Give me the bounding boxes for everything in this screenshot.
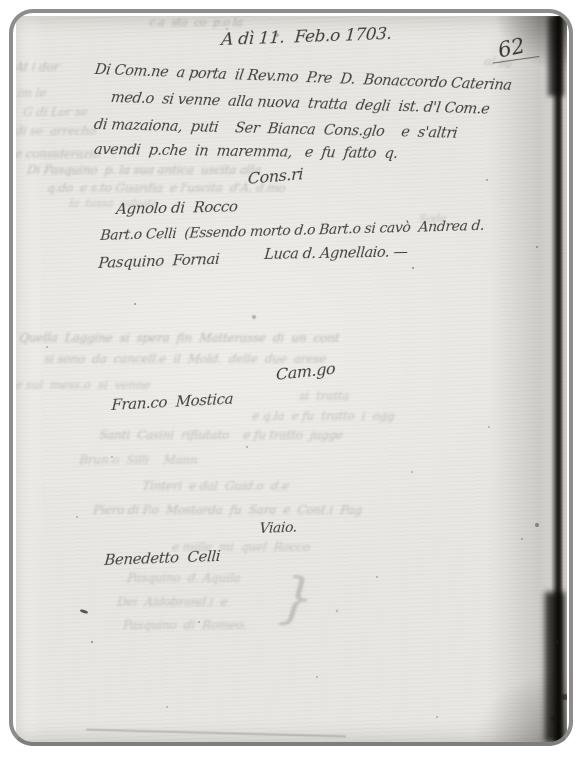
manuscript-page: c.a sta co p.o laal suAt i dorim leG di … — [16, 16, 567, 742]
ink-line-3: di mazaiona, puti Ser Bianca Cons.glo e … — [93, 117, 458, 142]
ink-line-0: A dì 11. Feb.o 1703. — [221, 24, 393, 50]
ink-line-7: Bart.o Celli (Essendo morto d.o Bart.o s… — [100, 218, 485, 244]
ink-line-6: Agnolo di Rocco — [115, 197, 238, 218]
ink-line-8: Luca d. Agnellaio. — — [264, 244, 409, 263]
ink-line-12: Viaio. — [259, 520, 298, 537]
scan-viewport: c.a sta co p.o laal suAt i dorim leG di … — [0, 0, 582, 760]
ink-line-1: Di Com.ne a porta il Rev.mo P.re D. Bona… — [94, 62, 513, 94]
ink-line-10: Cam.go — [276, 359, 335, 384]
ink-line-11: Fran.co Mostica — [111, 390, 234, 414]
ink-line-2: med.o si venne alla nuova tratta degli i… — [110, 90, 491, 118]
handwriting-layer: A dì 11. Feb.o 1703.Di Com.ne a porta il… — [16, 16, 567, 742]
ink-line-9: Pasquino Fornai — [98, 250, 220, 272]
ink-line-13: Benedetto Celli — [104, 547, 221, 569]
folio-number: 62 — [496, 33, 527, 62]
ink-line-5: Cons.ri — [248, 164, 304, 188]
ink-line-4: avendi p.che in maremma, e fu fatto q. — [93, 142, 398, 162]
screenshot-root: { "page": { "kind": "scanned handwritten… — [0, 0, 582, 760]
